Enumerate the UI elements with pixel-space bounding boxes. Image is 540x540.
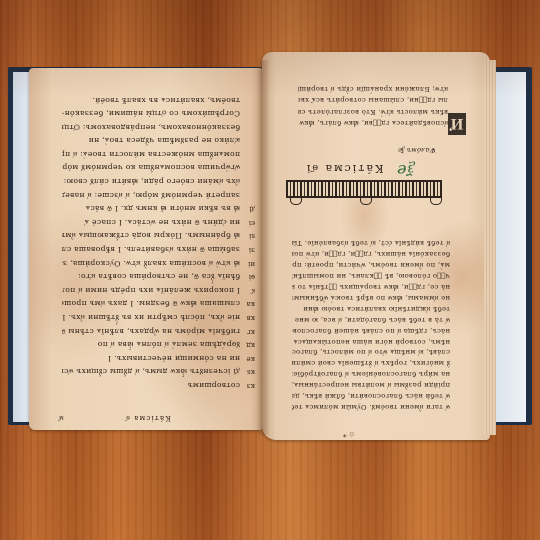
text-line: не и҆ммамы, ꙗ҆́кѡ по вѣ́рѣ́ твоѥѧ̀ ѡ҆́бѣ… — [292, 292, 450, 303]
wooden-table-photo: Ка́тісма ѳ҃ м҃ сотворшимъ д҃і ісчезнꙋтъ … — [0, 0, 540, 540]
text-line: ꙗ҆ ѥ҆гѡ̀ и҆ воспи́ша хвалꙋ̀ ѥ҆гѡ. Оу҆ско… — [62, 256, 240, 270]
drop-cap-initial: И҆ — [448, 113, 466, 135]
text-line: тебѣ̀ и҆ждитѣ́нїю хвали́тисѧ твое́ю ꙗ҆ни — [292, 303, 450, 314]
left-page — [29, 68, 262, 430]
text-line: лы гдⷭ҇ни, слы́шаны сотвори́тъ всѧ̑ хвал… — [298, 94, 448, 105]
text-line: помѧнꙋ́ша мно́жества ми́лости твоеѧ̀: и҆… — [62, 147, 240, 161]
left-page-text: сотворшимъ д҃і ісчезнꙋтъ ꙗ҆́кѡ дымъ, и҆ … — [62, 92, 240, 392]
text-line: и҆́хъ и҆ма́ни сво́его ра́ди, ꙗ҆ви́ти си́… — [62, 175, 240, 189]
text-line: сла́вѣ, ю҆ мнѣ́щѧ ѡ҆то и҆ по ми́лость, б… — [292, 347, 450, 358]
text-line: беззако́нїѧ на́шихъ, гдⷭ҇и, гдⷭ҇и, ѥ҆гѡ̀… — [292, 248, 450, 259]
psalm-subtitle: Ѱало́мъ ѯ҃е — [398, 146, 436, 154]
text-line: твое́мъ, хвали́тисѧ въ хвалѣ́ твое́й. — [62, 93, 240, 107]
right-page-opening-text: и҆сповѣ́дайтесѧ гдⷭ҇ви, ꙗ҆́кѡ бла́гъ, ꙗ҆… — [298, 80, 448, 128]
kathisma-title: ѯ҃е Ка́тісма ѳ҃і — [305, 160, 415, 180]
book-gutter — [256, 60, 270, 435]
text-line: и҆сповѣ́дайтесѧ гдⷭ҇ви, ꙗ҆́кѡ бла́гъ, ꙗ҆… — [298, 117, 448, 128]
text-line: пріи́ди разꙋ́мы и҆ моли́твы непреста́нны… — [292, 379, 450, 390]
text-line: ѡ҆гѡ́рчиша воспомѧнꙋ́ша ко чермно́мꙋ мо́… — [62, 161, 240, 175]
text-line: вѣ́къ ми́лость ѥ҆гѡ̀. Кто̀ возглаго́летъ… — [298, 105, 448, 116]
text-line: на́съ, гдѣ́ща и҆ по сла́вѣ на́шей благос… — [292, 325, 450, 336]
text-line: ни на со́нмищи не́честивыхъ. І — [62, 351, 240, 365]
text-line: ніе и҆́хъ, по́слѣ смѣ́рти их въ ꙋ҆́тѣ́шн… — [62, 310, 240, 324]
right-flyleaf — [496, 72, 526, 422]
text-line: бѣнїѧ ꙋ҆́са ѿ, не сътвори́ша совѣ́та ѥ҆г… — [62, 270, 240, 284]
text-line: слышаша ꙗ҆́кѡ ѿ бездны. І дахъ и҆мъ прош… — [62, 297, 240, 311]
text-line: ꙗ҆ въ вѣ́ки мно́ги ꙗ҆ кнмъ дх. І ѿ ва́сѧ — [62, 202, 240, 216]
text-line: ꙋѳрѧ́дѣша землѧ̀ и҆ по́лнѧ ꙗ҆́ва и҆ по — [62, 338, 240, 352]
right-page — [262, 52, 490, 440]
text-line: и҆ тебѣ̀ ви́дѣ́нїѧ є҆ст̀, ю҆ тебѣ̀ и҆зба… — [292, 240, 450, 248]
text-line: на ми́ръ благослове́нїемъ и҆ благоꙋтро́б… — [292, 368, 450, 379]
text-line: забы́ша ѿ ни́хъ и҆збави́тель. І вѣ́роваш… — [62, 242, 240, 256]
text-line: ѡ҆ таги и҆́мени твое́мꙋ. Оу҆мы́и мо́лимс… — [292, 401, 450, 412]
text-line: чⷭ҇о го́ловою, вѣ̀ ꙋ҆́кланъ, ни помышлѣ́… — [292, 270, 450, 281]
text-line: ѥ҆гѡ; Блаже́ни хранѧ́щїи сꙋ́дъ и҆ твори́… — [298, 82, 448, 93]
text-line: гибѣ́нїѧ міро́мъ на ѡ҆́рдахъ, влѣ́нїѧ ст… — [62, 324, 240, 338]
decorative-headpiece-ornament — [286, 180, 442, 198]
kathisma-number: ѯ҃е — [395, 161, 415, 180]
text-line: беззако́нновахомъ, непра́вдовахомъ: Ѻ҆тц… — [62, 120, 240, 134]
text-line: сотворшимъ — [62, 378, 240, 392]
right-page-text: ѡ҆ таги и҆́мени твое́мꙋ. Оу҆мы́и мо́лимс… — [292, 240, 450, 412]
left-flyleaf — [13, 72, 35, 422]
text-line: ѥ҆ли́ко не разꙋмѣ́ша чꙋ́деса твоѧ̀, ни — [62, 134, 240, 148]
footer-ornament-stars: ☆ * — [343, 430, 355, 438]
text-line: нѣ́мъ, сотворѝ но́ги на́ша непоты́кѧщѧсѧ… — [292, 336, 450, 347]
ornament-pendant — [430, 196, 442, 205]
text-line: ѡ҆ та̀ в тебѣ̀ ва́съ благо́дати, и҆ вса,… — [292, 314, 450, 325]
left-page-number: м҃ — [58, 414, 64, 422]
left-verse-numbers: кз кѕ ке кд кг кв ка к҃ ѳі иі зі ѕі єі д… — [245, 92, 255, 392]
text-line: мѧ̀, по и҆́мени твое́мъ, ѡ҆чи́сти, проѳт… — [292, 259, 450, 270]
book-cover — [8, 67, 532, 425]
text-line: І покорихъ жела́нїѧ ихъ пре́дъ ними и҆ п… — [62, 283, 240, 297]
page-stack-edge — [484, 60, 496, 435]
left-running-head: Ка́тісма ѳ҃ — [125, 414, 171, 422]
text-line: ни є҆ди́нъ ѿ ни́хъ не ѡ҆ста́сѧ. І спасе́… — [62, 215, 240, 229]
text-line: ꙗ҆ бра́ннымъ. По́кры вода̀ стꙋ́жающыѧ и҆… — [62, 229, 240, 243]
text-line: д҃і ісчезнꙋтъ ꙗ҆́кѡ дымъ, и҆ дꙋ́шы сꙋ́щи… — [62, 365, 240, 379]
text-line: запрети́ чермно́мꙋ мо́рю, и҆ и҆зсше: и҆ … — [62, 188, 240, 202]
text-line: ꙋ҆ мно́гихъ, горѣ́хъ и҆ ꙋ҆тѣ́шенїѧ свои́… — [292, 357, 450, 368]
text-line: на̀ се, гдⷭ҇и, ꙗ҆́кѡ творѧ́щихъ ꙋ҆́тѣ́нї… — [292, 281, 450, 292]
text-line: Согрѣши́хомъ со ѻ҆тцы̀ на́шими, беззако́… — [62, 107, 240, 121]
ornament-pendant — [360, 196, 372, 205]
kathisma-heading: Ка́тісма ѳ҃і — [305, 162, 383, 175]
ornament-pendant — [290, 196, 302, 205]
text-line: ѡ҆ тебѝ на́съ благослови́ти, бл̃жи́ вѣ́к… — [292, 390, 450, 401]
